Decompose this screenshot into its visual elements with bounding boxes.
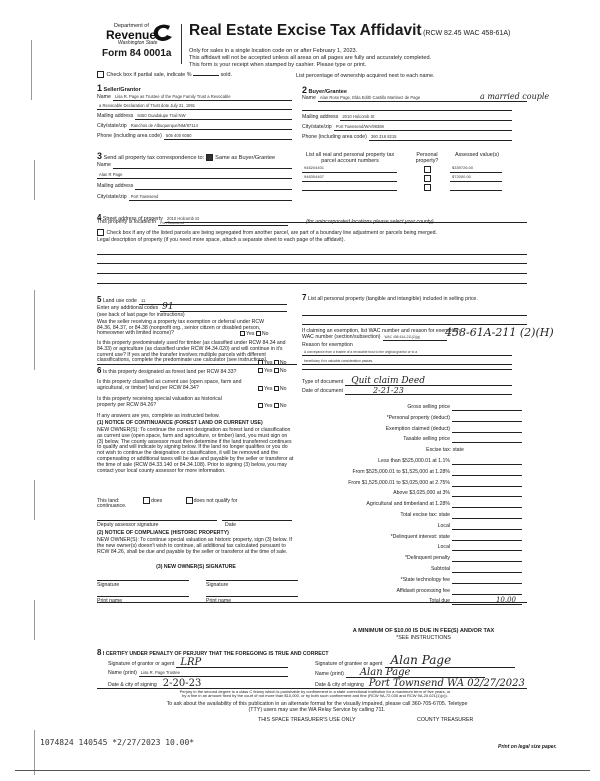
section-number: 6: [97, 366, 101, 375]
tax-row: Subtotal: [300, 567, 522, 573]
field-value: Port Townsend: [131, 195, 159, 200]
dor-swirl-icon: [150, 22, 176, 44]
reason-row-1: A conveyance from a trustee of a revocab…: [302, 350, 512, 356]
tax-row-value-field[interactable]: [452, 470, 522, 476]
assessed-value-field[interactable]: [450, 184, 502, 191]
forest-yes-no: Yes No: [258, 368, 287, 375]
new-owner-signature-line-2[interactable]: [206, 580, 298, 581]
segregated-checkbox[interactable]: [97, 229, 104, 236]
tax-row-value-field[interactable]: [452, 556, 522, 562]
field-value: Port Townsend/WA/98368: [336, 125, 384, 130]
exemption-no-checkbox[interactable]: [256, 331, 261, 336]
tax-row-value-field[interactable]: [452, 481, 522, 487]
field-value: 360 316 8215: [371, 135, 397, 140]
buyer-name-row-2: [302, 105, 512, 111]
parcel-number-field[interactable]: 948304407: [302, 175, 397, 182]
buyer-phone-row: Phone (including area code) 360 316 8215: [302, 135, 512, 141]
legal-description-line-1[interactable]: [97, 254, 527, 255]
forest-question: Is this property designated as forest la…: [103, 369, 237, 375]
tax-row: Local: [300, 545, 522, 551]
tax-row-value-field[interactable]: [452, 416, 522, 422]
tax-row: From $525,000.01 to $1,525,000 at 1.28%: [300, 470, 522, 476]
field-label: Name (print): [315, 672, 344, 678]
certify-heading: 8 I CERTIFY UNDER PENALTY OF PERJURY THA…: [97, 648, 329, 658]
field-value: Alan Page: [360, 667, 411, 679]
section-number: 8: [97, 648, 101, 657]
section-8-divider: [97, 602, 527, 603]
reason-label: Reason for exemption: [302, 343, 353, 349]
tax-row-label: *State technology fee: [401, 578, 450, 584]
personal-property-label: List all personal property (tangible and…: [308, 296, 478, 302]
tax-row-value-field[interactable]: [452, 427, 522, 433]
field-label: WAC number (section/subsection): [302, 335, 381, 341]
personal-property-line-2[interactable]: [302, 324, 527, 325]
tax-row-value-field[interactable]: [452, 513, 522, 519]
wac-handwritten: 458-61A-211 (2)(H): [445, 327, 554, 340]
tax-row: Taxable selling price: [300, 437, 522, 443]
tax-row-label: Gross selling price: [407, 405, 450, 411]
county-treasurer-label: COUNTY TREASURER: [417, 717, 473, 723]
grantor-signature-row: Signature of grantor or agent LRP: [108, 662, 288, 668]
header-divider: [181, 24, 182, 64]
perjury-line-2: by a fine in an amount fixed by the cour…: [100, 694, 530, 698]
ownership-note: List percentage of ownership acquired ne…: [296, 73, 434, 79]
tax-row-label: From $525,000.01 to $1,525,000 at 1.28%: [353, 470, 450, 476]
personal-property-checkbox[interactable]: [424, 166, 431, 173]
seller-phone-field[interactable]: 505 400 6080: [164, 134, 292, 140]
same-as-buyer-checkbox[interactable]: [206, 154, 213, 161]
scan-artifact: [31, 40, 32, 100]
field-label: Date of document: [302, 389, 343, 395]
seller-mailing-field[interactable]: 8450 Guadalupe Trail NW: [135, 114, 292, 120]
yes-label: Yes: [264, 368, 272, 374]
same-as-buyer-label: Same as Buyer/Grantee: [215, 155, 275, 161]
located-note: (for unincorporated locations please sel…: [306, 220, 433, 226]
scan-artifact: [34, 480, 35, 520]
scan-artifact: [34, 600, 35, 640]
does-not-checkbox[interactable]: [186, 497, 193, 504]
buyer-name-handwritten: a married couple: [480, 92, 549, 101]
tax-row-value-field[interactable]: [452, 491, 522, 497]
field-value: 91: [162, 302, 173, 312]
new-owner-print-line-1[interactable]: [97, 596, 189, 597]
accessibility-notice: To ask about the availability of this pu…: [97, 702, 537, 714]
doc-type-field[interactable]: Quit claim Deed: [345, 380, 512, 386]
corr-mailing-row: Mailing address: [97, 184, 292, 190]
correspondence-heading: 3 Send all property tax correspondence t…: [97, 151, 275, 162]
legal-description-line-4[interactable]: [97, 283, 527, 284]
tax-row-label: Excise tax: state: [426, 448, 464, 454]
tax-row-label: Subtotal: [431, 567, 450, 573]
field-label: Mailing address: [302, 115, 338, 121]
continuance-label: continuance.: [97, 504, 126, 510]
field-label: Mailing address: [97, 114, 133, 120]
forest-no-checkbox[interactable]: [274, 368, 279, 373]
partial-sale-label: Check box if partial sale, indicate %: [107, 72, 192, 78]
tax-row-label: Taxable selling price: [403, 437, 450, 443]
buyer-city-field[interactable]: Port Townsend/WA/98368: [334, 125, 512, 131]
section-title: Seller/Grantor: [103, 87, 140, 93]
tax-row: *Delinquent interest: state: [300, 535, 522, 541]
field-label: Name: [302, 96, 316, 102]
new-owner-signature-title: (3) NEW OWNER(S) SIGNATURE: [97, 565, 295, 571]
scan-artifact: [34, 160, 35, 200]
doc-date-row: Date of document 2-21-23: [302, 389, 512, 395]
current-use-question: Is this property classified as current u…: [97, 380, 247, 391]
section-number: 5: [97, 295, 101, 304]
tax-row-value-field[interactable]: [452, 524, 522, 530]
wac-number-row: WAC number (section/subsection) WAC 458-…: [302, 335, 447, 341]
corr-mailing-field[interactable]: [135, 184, 292, 190]
tax-row: Gross selling price: [300, 405, 522, 411]
tax-row-value-field[interactable]: [452, 567, 522, 573]
reason-line-3[interactable]: [302, 369, 512, 370]
see-instructions-note: *SEE INSTRUCTIONS: [316, 635, 531, 641]
tax-row: Excise tax: state: [370, 448, 520, 454]
field-label: Phone (including area code): [302, 135, 367, 141]
tax-row-label: From $1,525,000.01 to $3,025,000 at 2.75…: [348, 481, 450, 487]
historic-yes-no: Yes No: [258, 403, 287, 410]
form-title-ref: (RCW 82.45 WAC 458-61A): [423, 30, 510, 37]
tax-row-value-field[interactable]: [452, 459, 522, 465]
deputy-date-line[interactable]: [222, 520, 292, 521]
assessed-value-field[interactable]: $72000.00: [450, 175, 502, 182]
tax-row-label: *Delinquent interest: state: [391, 535, 450, 541]
land-use-code-row: 5 Land use code 11: [97, 295, 287, 305]
segregated-label: Check box if any of the listed parcels a…: [106, 230, 436, 236]
parcel-number-field[interactable]: 948204401: [302, 166, 397, 173]
seller-name-row: Name Lisa R. Page as Trustee of the Page…: [97, 95, 292, 101]
notice-completeness: This affidavit will not be accepted unle…: [189, 55, 431, 62]
section-number: 3: [97, 151, 102, 161]
deputy-signature-label: Deputy assessor signature: [97, 523, 158, 529]
tax-row-label: Agricultural and timberland at 1.28%: [366, 502, 450, 508]
tax-row-label: Local: [438, 545, 450, 551]
forest-yes-checkbox[interactable]: [258, 368, 263, 373]
minimum-due-note: A MINIMUM OF $10.00 IS DUE IN FEE(S) AND…: [316, 628, 531, 634]
tax-row-value-field[interactable]: [452, 545, 522, 551]
field-value: WAC 458-61A-211(2)(g): [385, 336, 420, 340]
tax-row-value-field[interactable]: [452, 589, 522, 595]
section-number: 7: [302, 293, 306, 302]
field-value: Port Townsend: [160, 221, 184, 225]
corr-city-row: City/state/zip Port Townsend: [97, 195, 292, 201]
scan-artifact: [34, 290, 35, 370]
seller-section-heading: 1 Seller/Grantor: [97, 83, 141, 94]
tax-row: Less than $525,000.01 at 1.1%: [300, 459, 522, 465]
signature-label: Signature: [206, 583, 228, 589]
legal-description-line-2[interactable]: [97, 263, 527, 264]
tax-row-label: Affidavit processing fee: [396, 589, 450, 595]
legal-size-note: Print on legal size paper.: [498, 745, 557, 751]
yes-label: Yes: [264, 386, 272, 392]
seller-mailing-row: Mailing address 8450 Guadalupe Trail NW: [97, 114, 292, 120]
reason-field-1[interactable]: A conveyance from a trustee of a revocab…: [302, 350, 512, 356]
seller-name-field-2[interactable]: a Revocable Declaration of Trust dote Ju…: [97, 104, 292, 110]
reason-row-2: beneficiary if no valuable consideration…: [302, 359, 512, 365]
accessibility-line-2: (TTY) users may use the WA Relay Service…: [97, 708, 537, 714]
field-value: Lisa R. Page as Trustee of the Page Fami…: [115, 95, 231, 100]
field-label: Name: [97, 163, 111, 169]
parcel-number-field[interactable]: [302, 184, 397, 191]
wac-number-field[interactable]: WAC 458-61A-211(2)(g): [383, 335, 447, 341]
form-title: Real Estate Excise Tax Affidavit: [189, 22, 422, 39]
new-owner-print-line-2[interactable]: [206, 596, 298, 597]
seller-name-row-2: a Revocable Declaration of Trust dote Ju…: [97, 104, 292, 110]
field-value: Quit claim Deed: [351, 376, 425, 386]
tax-row: From $1,525,000.01 to $3,025,000 at 2.75…: [300, 481, 522, 487]
historic-yes-checkbox[interactable]: [258, 403, 263, 408]
divider: [97, 364, 297, 365]
personal-property-checkbox[interactable]: [424, 184, 431, 191]
notice-date: Only for sales in a single location code…: [189, 48, 431, 55]
segregated-row: Check box if any of the listed parcels a…: [97, 229, 437, 237]
tax-row-label: *Delinquent penalty: [405, 556, 450, 562]
seller-name-field[interactable]: Lisa R. Page as Trustee of the Page Fami…: [113, 95, 292, 101]
corr-name-row: Name: [97, 163, 292, 169]
deputy-signature-line[interactable]: [97, 520, 217, 521]
form-number: Form 84 0001a: [102, 48, 172, 60]
grantor-name-field[interactable]: Lisa R. Page Trustee: [139, 671, 288, 677]
field-label: Signature of grantor or agent: [108, 662, 174, 668]
seller-city-row: City/state/zip Ranchos de Albuquerque/NM…: [97, 124, 292, 130]
buyer-name-field-2[interactable]: [302, 105, 512, 111]
section-title: Send all property tax correspondence to:: [103, 155, 204, 161]
tax-row: Agricultural and timberland at 1.28%: [300, 502, 522, 508]
legal-description-label: Legal description of property (if you ne…: [97, 238, 345, 244]
notice-receipt: This form is your receipt when stamped b…: [189, 62, 366, 68]
grantor-name-row: Name (print) Lisa R. Page Trustee: [108, 671, 288, 677]
doc-date-field[interactable]: 2-21-23: [345, 389, 512, 395]
corr-name-field-2[interactable]: Alan R Page: [97, 173, 292, 179]
field-value: a Revocable Declaration of Trust dote Ju…: [99, 104, 195, 109]
personal-property-checkbox[interactable]: [424, 175, 431, 182]
reason-field-2[interactable]: beneficiary if no valuable consideration…: [302, 359, 512, 365]
legal-description-line-3[interactable]: [97, 273, 527, 274]
located-row: This property is located in Port Townsen…: [97, 220, 434, 226]
field-label: City/state/zip: [302, 125, 332, 131]
notice-continuance-body: NEW OWNER(S): To continue the current de…: [97, 428, 295, 475]
tax-row: Exemption claimed (deduct): [300, 427, 522, 433]
tax-row-value-field[interactable]: [452, 535, 522, 541]
tax-row: Total excise tax: state: [300, 513, 522, 519]
notice-compliance-body: NEW OWNER(S): To continue special valuat…: [97, 538, 295, 555]
partial-sale-percent-field[interactable]: [193, 75, 219, 76]
field-value: 2010 Holcomb St: [342, 115, 374, 120]
field-value: Alan Ross Page, Elda Edith Castillo Mart…: [320, 96, 420, 101]
new-owner-signature-line-1[interactable]: [97, 580, 189, 581]
forest-question-row: 6 Is this property designated as forest …: [97, 366, 236, 376]
no-label: No: [280, 368, 287, 374]
parcel-number-header: List all real and personal property tax …: [305, 152, 395, 164]
field-label: Name: [97, 95, 111, 101]
tax-row-value: 10.00: [496, 596, 516, 604]
historic-question: Is this property receiving special valua…: [97, 397, 237, 408]
partial-sale-sold-label: sold.: [221, 72, 232, 78]
tax-row-value-field[interactable]: [452, 502, 522, 508]
tax-row-label: Less than $525,000.01 at 1.1%: [378, 459, 450, 465]
signature-label: Signature: [97, 583, 119, 589]
field-label: Land use code: [103, 298, 137, 304]
yes-label: Yes: [264, 403, 272, 409]
tax-row-value-field[interactable]: [452, 578, 522, 584]
field-value: 11: [141, 299, 145, 304]
no-label: No: [280, 403, 287, 409]
section-number: 2: [302, 85, 307, 95]
assessed-value-header: Assessed value(s): [452, 152, 502, 158]
tax-row: Above $3,025,000 at 3%: [300, 491, 522, 497]
no-label: No: [262, 331, 269, 337]
field-value: 8450 Guadalupe Trail NW: [137, 114, 185, 119]
deputy-date-label: Date: [225, 523, 236, 529]
field-label: Type of document: [302, 380, 343, 386]
tax-row-label: *Personal property (deduct): [387, 416, 450, 422]
current-use-yes-checkbox[interactable]: [258, 386, 263, 391]
does-label: does: [151, 498, 162, 504]
field-value: 2-21-23: [373, 386, 404, 395]
tax-row-value-field[interactable]: [452, 405, 522, 411]
tax-row-label: Local: [438, 524, 450, 530]
corr-name-row-2: Alan R Page: [97, 173, 292, 179]
no-label: No: [280, 386, 287, 392]
corr-name-field[interactable]: [113, 163, 292, 169]
does-not-label: does not qualify for: [194, 498, 238, 504]
does-checkbox[interactable]: [143, 497, 150, 504]
seller-city-field[interactable]: Ranchos de Albuquerque/NM/87114: [129, 124, 292, 130]
page-bottom-edge: [15, 770, 590, 771]
personal-property-line-1[interactable]: [302, 315, 527, 316]
tax-row-label: Exemption claimed (deduct): [386, 427, 450, 433]
personal-property-header: Personal property?: [412, 152, 442, 164]
current-use-no-checkbox[interactable]: [274, 386, 279, 391]
field-value: 505 400 6080: [166, 134, 192, 139]
certify-label: I CERTIFY UNDER PENALTY OF PERJURY THAT …: [103, 651, 329, 657]
field-label: Mailing address: [97, 184, 133, 190]
yes-label: Yes: [246, 331, 254, 337]
partial-sale-checkbox[interactable]: [97, 71, 104, 78]
buyer-mailing-field[interactable]: 2010 Holcomb St: [340, 115, 512, 121]
seller-phone-row: Phone (including area code) 505 400 6080: [97, 134, 292, 140]
field-value: Ranchos de Albuquerque/NM/87114: [131, 124, 198, 129]
scan-artifact: [34, 730, 35, 775]
tax-row: Local: [300, 524, 522, 530]
field-label: This property is located in: [97, 220, 156, 226]
grantor-signature-field[interactable]: LRP: [176, 662, 288, 668]
buyer-mailing-row: Mailing address 2010 Holcomb St: [302, 115, 512, 121]
buyer-phone-field[interactable]: 360 316 8215: [369, 135, 512, 141]
located-field[interactable]: Port Townsend: [158, 220, 288, 226]
corr-city-field[interactable]: Port Townsend: [129, 195, 292, 201]
field-label: City/state/zip: [97, 124, 127, 130]
tax-row: Affidavit processing fee: [300, 589, 522, 595]
tax-row: *Personal property (deduct): [300, 416, 522, 422]
assessed-value-field[interactable]: $339726.00: [450, 166, 502, 173]
historic-no-checkbox[interactable]: [274, 403, 279, 408]
tax-row-label: Above $3,025,000 at 3%: [393, 491, 450, 497]
perjury-notice: Perjury in the second degree is a class …: [100, 690, 530, 699]
tax-row: *Delinquent penalty: [300, 556, 522, 562]
field-label: City/state/zip: [97, 195, 127, 201]
section-number: 1: [97, 83, 102, 93]
tax-row: *State technology fee: [300, 578, 522, 584]
buyer-city-row: City/state/zip Port Townsend/WA/98368: [302, 125, 512, 131]
field-value: Alan R Page: [99, 173, 123, 178]
grantee-signature-row: Signature of grantee or agent Alan Page: [315, 662, 515, 668]
personal-property-label-row: 7 List all personal property (tangible a…: [302, 293, 527, 303]
field-value: beneficiary if no valuable consideration…: [304, 360, 373, 364]
field-label: Phone (including area code): [97, 134, 162, 140]
field-value: A conveyance from a trustee of a revocab…: [304, 351, 417, 355]
current-use-yes-no: Yes No: [258, 386, 287, 393]
exemption-yes-checkbox[interactable]: [240, 331, 245, 336]
treasurer-use-label: THIS SPACE TREASURER'S USE ONLY: [258, 717, 356, 723]
treasurer-stamp: 1074824 140545 *2/27/2023 10.00*: [40, 738, 194, 747]
tax-row-label: Total excise tax: state: [400, 513, 450, 519]
field-value: Lisa R. Page Trustee: [141, 671, 180, 676]
field-label: Name (print): [108, 671, 137, 677]
doc-type-row: Type of document Quit claim Deed: [302, 380, 512, 386]
tax-row-value-field[interactable]: [452, 437, 522, 443]
grantor-signature: LRP: [180, 657, 201, 669]
exemption-yes-no: Yes No: [240, 331, 269, 338]
